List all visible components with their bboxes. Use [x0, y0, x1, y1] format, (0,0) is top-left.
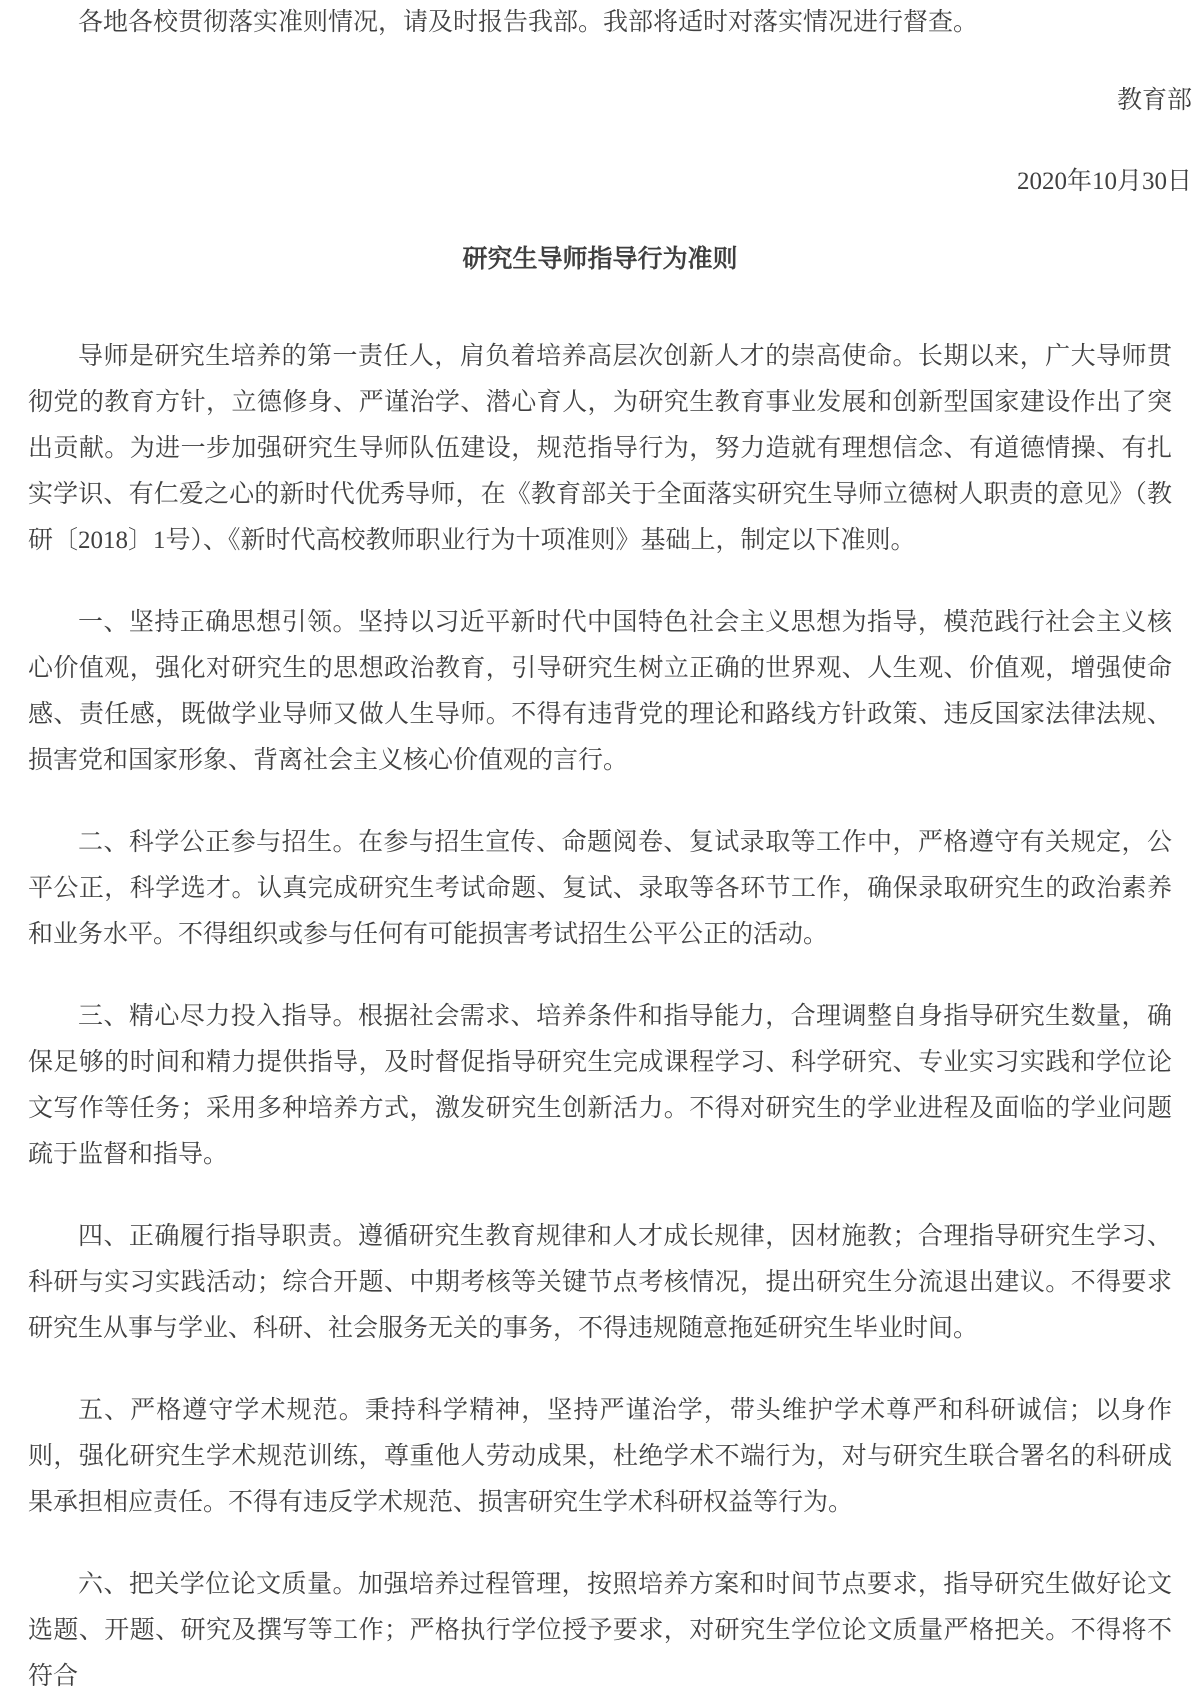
document-page: 各地各校贯彻落实准则情况，请及时报告我部。我部将适时对落实情况进行督查。 教育部…: [0, 0, 1200, 1697]
article-5-paragraph: 五、严格遵守学术规范。秉持科学精神，坚持严谨治学，带头维护学术尊严和科研诚信；以…: [28, 1388, 1172, 1526]
article-6-paragraph: 六、把关学位论文质量。加强培养过程管理，按照培养方案和时间节点要求，指导研究生做…: [28, 1562, 1172, 1697]
article-2-paragraph: 二、科学公正参与招生。在参与招生宣传、命题阅卷、复试录取等工作中，严格遵守有关规…: [28, 820, 1172, 958]
preamble-paragraph: 导师是研究生培养的第一责任人，肩负着培养高层次创新人才的崇高使命。长期以来，广大…: [28, 334, 1172, 564]
document-date: 2020年10月30日: [28, 159, 1192, 205]
article-4-paragraph: 四、正确履行指导职责。遵循研究生教育规律和人才成长规律，因材施教；合理指导研究生…: [28, 1214, 1172, 1352]
article-3-paragraph: 三、精心尽力投入指导。根据社会需求、培养条件和指导能力，合理调整自身指导研究生数…: [28, 994, 1172, 1178]
closing-line: 各地各校贯彻落实准则情况，请及时报告我部。我部将适时对落实情况进行督查。: [28, 0, 1172, 46]
article-1-paragraph: 一、坚持正确思想引领。坚持以习近平新时代中国特色社会主义思想为指导，模范践行社会…: [28, 600, 1172, 784]
document-title: 研究生导师指导行为准则: [28, 237, 1172, 283]
signature-ministry: 教育部: [28, 78, 1192, 124]
